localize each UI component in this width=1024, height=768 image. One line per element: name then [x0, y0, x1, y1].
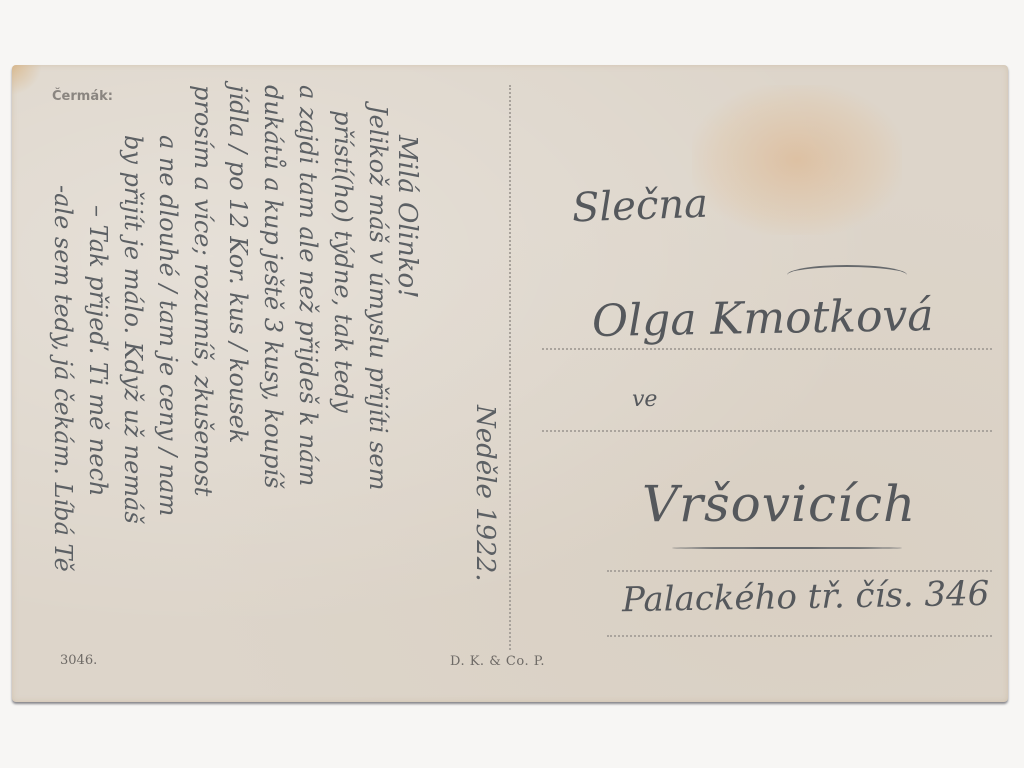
printed-artist-name: Čermák: [52, 89, 113, 104]
name-flourish [787, 265, 907, 285]
message-line: přístí(ho) týdne, tak tedy [329, 110, 357, 413]
postcard-back: Čermák: Milá Olinko! Jelikož máš v úmysl… [12, 65, 1008, 702]
message-greeting: Milá Olinko! [392, 135, 422, 299]
message-line: a zajdi tam ale než přijdeš k nám [294, 85, 322, 486]
message-line: -ale sem tedy, já čekám. Líbá Tě [49, 185, 77, 572]
message-line: Jelikož máš v úmyslu přijíti sem [364, 105, 392, 490]
city-underline [672, 547, 902, 549]
message-line: jídla / po 12 Kor. kus / kousek [224, 85, 252, 443]
vertical-divider [509, 85, 511, 650]
address-line-1 [542, 348, 992, 350]
address-line-3 [607, 570, 992, 572]
address-line-4 [607, 635, 992, 637]
message-line: a ne dlouhé / tam je ceny / nam [154, 135, 182, 516]
address-name: Olga Kmotková [592, 290, 934, 347]
card-number: 3046. [60, 653, 97, 668]
message-date: Neděle 1922. [470, 405, 500, 582]
address-city: Vršovicích [642, 475, 916, 533]
address-street: Palackého tř. čís. 346 [622, 574, 990, 620]
address-preposition: ve [632, 387, 657, 412]
stamp-area-stain [692, 85, 902, 235]
message-line: – Tak přijeď. Ti mě nech [84, 205, 112, 497]
message-line: by přijít je málo. Když už nemáš [119, 135, 147, 524]
message-line: prosím a více; rozumíš, zkušenost [189, 85, 217, 496]
publisher-mark: D. K. & Co. P. [450, 654, 545, 669]
address-line-2 [542, 430, 992, 432]
message-line: dukátů a kup ještě 3 kusy, koupíš [259, 85, 287, 488]
corner-stain [12, 65, 42, 95]
address-title: Slečna [571, 181, 708, 232]
